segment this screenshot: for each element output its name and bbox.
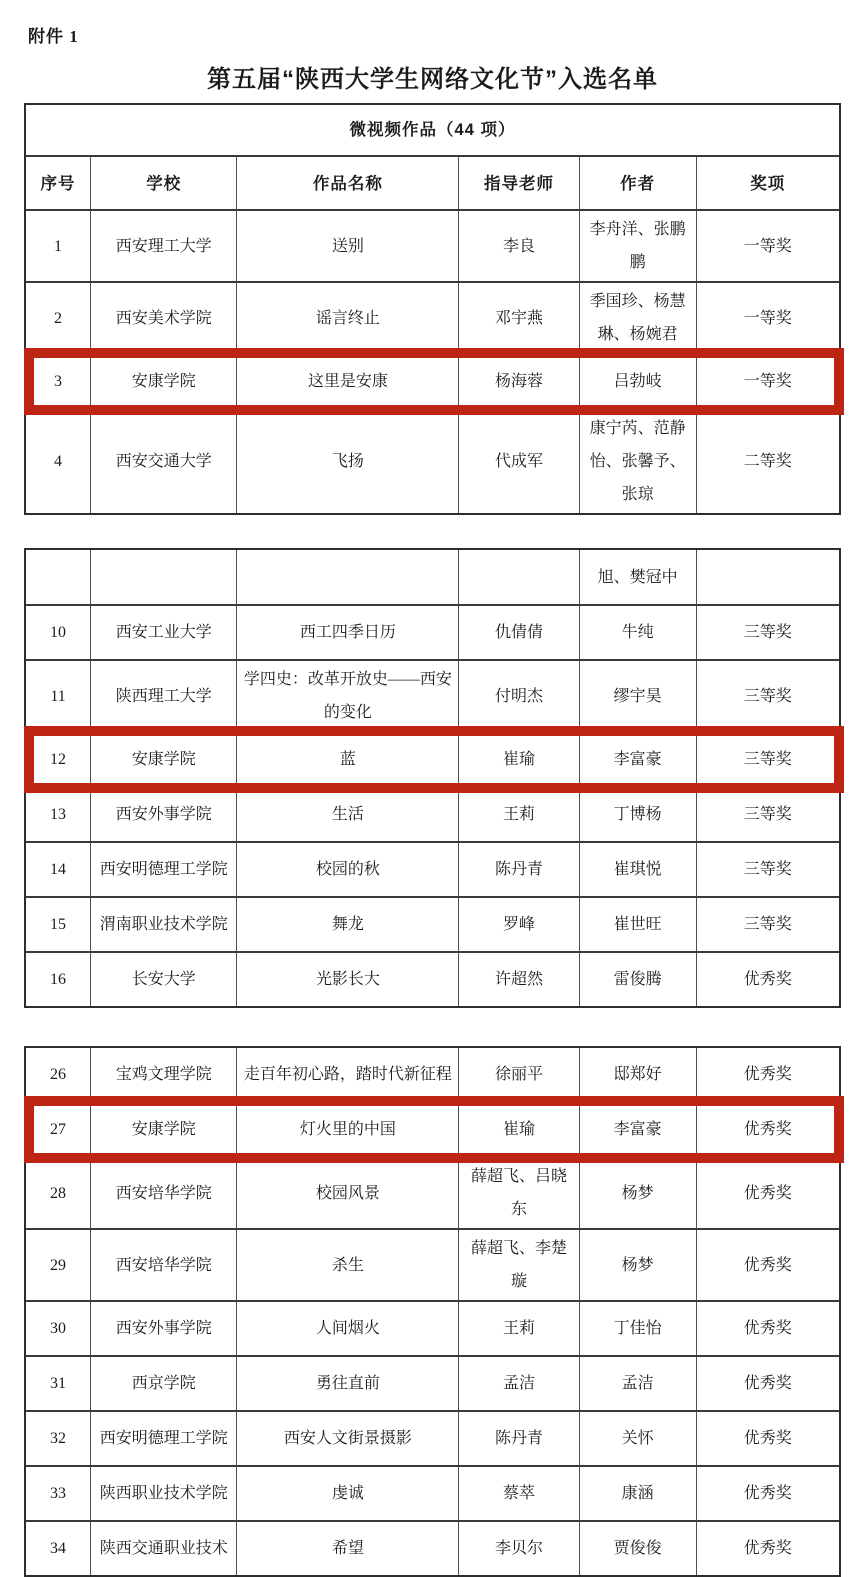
cell-school: 西安明德理工学院 [91, 1412, 237, 1465]
cell-work [237, 550, 459, 604]
table-row: 28西安培华学院校园风景薛超飞、吕晓东杨梦优秀奖 [26, 1158, 839, 1230]
cell-author: 李富豪 [580, 1103, 697, 1156]
cell-advisor: 蔡萃 [459, 1467, 579, 1520]
cell-school: 西安交通大学 [91, 410, 237, 513]
column-header-5: 奖项 [697, 157, 839, 209]
table-row: 2西安美术学院谣言终止邓宇燕季国珍、杨慧琳、杨婉君一等奖 [26, 283, 839, 355]
cell-school [91, 550, 237, 604]
cell-school: 安康学院 [91, 355, 237, 408]
cell-no: 15 [26, 898, 91, 951]
cell-advisor: 王莉 [459, 1302, 579, 1355]
cell-award: 三等奖 [697, 661, 839, 731]
cell-school: 西安工业大学 [91, 606, 237, 659]
cell-no: 3 [26, 355, 91, 408]
table-row: 31西京学院勇往直前孟洁孟洁优秀奖 [26, 1357, 839, 1412]
cell-award: 三等奖 [697, 733, 839, 786]
cell-advisor: 代成军 [459, 410, 579, 513]
cell-no: 31 [26, 1357, 91, 1410]
cell-award: 优秀奖 [697, 1357, 839, 1410]
cell-work: 飞扬 [237, 410, 459, 513]
cell-author: 旭、樊冠中 [580, 550, 697, 604]
table-body-1: 1西安理工大学送别李良李舟洋、张鹏鹏一等奖2西安美术学院谣言终止邓宇燕季国珍、杨… [26, 211, 839, 513]
cell-award: 一等奖 [697, 211, 839, 281]
table-row: 34陕西交通职业技术希望李贝尔贾俊俊优秀奖 [26, 1522, 839, 1575]
cell-award: 一等奖 [697, 283, 839, 353]
cell-advisor: 仇倩倩 [459, 606, 579, 659]
cell-work: 走百年初心路，踏时代新征程 [237, 1048, 459, 1101]
cell-work: 这里是安康 [237, 355, 459, 408]
cell-award: 优秀奖 [697, 1302, 839, 1355]
cell-no: 28 [26, 1158, 91, 1228]
cell-author: 李富豪 [580, 733, 697, 786]
table-row: 32西安明德理工学院西安人文街景摄影陈丹青关怀优秀奖 [26, 1412, 839, 1467]
cell-school: 陕西交通职业技术 [91, 1522, 237, 1575]
cell-work: 西安人文街景摄影 [237, 1412, 459, 1465]
cell-no: 13 [26, 788, 91, 841]
section-header: 微视频作品（44 项） [26, 105, 839, 155]
table-section-header-row: 微视频作品（44 项） [26, 105, 839, 157]
table-row: 29西安培华学院杀生薛超飞、李楚璇杨梦优秀奖 [26, 1230, 839, 1302]
cell-school: 西安外事学院 [91, 1302, 237, 1355]
cell-no [26, 550, 91, 604]
cell-school: 西京学院 [91, 1357, 237, 1410]
cell-no: 16 [26, 953, 91, 1006]
cell-author: 杨梦 [580, 1158, 697, 1228]
cell-school: 长安大学 [91, 953, 237, 1006]
table-row: 16长安大学光影长大许超然雷俊腾优秀奖 [26, 953, 839, 1006]
cell-work: 校园的秋 [237, 843, 459, 896]
cell-award: 一等奖 [697, 355, 839, 408]
cell-author: 邸郑好 [580, 1048, 697, 1101]
cell-work: 谣言终止 [237, 283, 459, 353]
cell-school: 陕西职业技术学院 [91, 1467, 237, 1520]
works-table-part-3: 26宝鸡文理学院走百年初心路，踏时代新征程徐丽平邸郑好优秀奖27安康学院灯火里的… [24, 1046, 841, 1577]
cell-no: 2 [26, 283, 91, 353]
column-header-1: 学校 [91, 157, 237, 209]
table-row: 14西安明德理工学院校园的秋陈丹青崔琪悦三等奖 [26, 843, 839, 898]
cell-school: 陕西理工大学 [91, 661, 237, 731]
table-row: 1西安理工大学送别李良李舟洋、张鹏鹏一等奖 [26, 211, 839, 283]
table-row: 11陕西理工大学学四史：改革开放史——西安的变化付明杰缪宇昊三等奖 [26, 661, 839, 733]
cell-work: 蓝 [237, 733, 459, 786]
cell-work: 光影长大 [237, 953, 459, 1006]
table-row: 旭、樊冠中 [26, 550, 839, 606]
table-row-highlighted: 27安康学院灯火里的中国崔瑜李富豪优秀奖 [26, 1103, 839, 1158]
cell-advisor: 邓宇燕 [459, 283, 579, 353]
cell-school: 西安美术学院 [91, 283, 237, 353]
cell-award: 三等奖 [697, 788, 839, 841]
cell-work: 生活 [237, 788, 459, 841]
cell-author: 缪宇昊 [580, 661, 697, 731]
cell-work: 舞龙 [237, 898, 459, 951]
cell-author: 李舟洋、张鹏鹏 [580, 211, 697, 281]
cell-award: 优秀奖 [697, 1103, 839, 1156]
cell-award [697, 550, 839, 604]
cell-author: 康涵 [580, 1467, 697, 1520]
table-row: 4西安交通大学飞扬代成军康宁芮、范静怡、张馨予、张琼二等奖 [26, 410, 839, 513]
cell-advisor: 薛超飞、李楚璇 [459, 1230, 579, 1300]
cell-no: 10 [26, 606, 91, 659]
cell-school: 西安培华学院 [91, 1230, 237, 1300]
cell-no: 30 [26, 1302, 91, 1355]
cell-advisor: 许超然 [459, 953, 579, 1006]
cell-work: 送别 [237, 211, 459, 281]
cell-school: 西安理工大学 [91, 211, 237, 281]
cell-advisor: 罗峰 [459, 898, 579, 951]
cell-advisor: 付明杰 [459, 661, 579, 731]
cell-author: 杨梦 [580, 1230, 697, 1300]
cell-author: 崔琪悦 [580, 843, 697, 896]
cell-no: 32 [26, 1412, 91, 1465]
cell-no: 14 [26, 843, 91, 896]
cell-award: 优秀奖 [697, 1158, 839, 1228]
cell-award: 三等奖 [697, 898, 839, 951]
cell-award: 优秀奖 [697, 1412, 839, 1465]
cell-advisor: 陈丹青 [459, 1412, 579, 1465]
column-header-2: 作品名称 [237, 157, 459, 209]
cell-no: 11 [26, 661, 91, 731]
cell-advisor: 王莉 [459, 788, 579, 841]
cell-award: 三等奖 [697, 606, 839, 659]
cell-work: 校园风景 [237, 1158, 459, 1228]
works-table-part-1: 微视频作品（44 项） 序号学校作品名称指导老师作者奖项 1西安理工大学送别李良… [24, 103, 841, 515]
cell-school: 安康学院 [91, 1103, 237, 1156]
cell-author: 康宁芮、范静怡、张馨予、张琼 [580, 410, 697, 513]
cell-no: 34 [26, 1522, 91, 1575]
cell-award: 优秀奖 [697, 953, 839, 1006]
cell-work: 学四史：改革开放史——西安的变化 [237, 661, 459, 731]
cell-school: 宝鸡文理学院 [91, 1048, 237, 1101]
cell-author: 孟洁 [580, 1357, 697, 1410]
works-table-part-2: 旭、樊冠中10西安工业大学西工四季日历仇倩倩牛纯三等奖11陕西理工大学学四史：改… [24, 548, 841, 1008]
cell-author: 崔世旺 [580, 898, 697, 951]
cell-school: 安康学院 [91, 733, 237, 786]
table-row: 33陕西职业技术学院虔诚蔡萃康涵优秀奖 [26, 1467, 839, 1522]
column-header-4: 作者 [580, 157, 697, 209]
table-row: 13西安外事学院生活王莉丁博杨三等奖 [26, 788, 839, 843]
cell-no: 29 [26, 1230, 91, 1300]
cell-advisor: 李良 [459, 211, 579, 281]
cell-author: 吕勃岐 [580, 355, 697, 408]
table-row: 15渭南职业技术学院舞龙罗峰崔世旺三等奖 [26, 898, 839, 953]
cell-work: 虔诚 [237, 1467, 459, 1520]
table-row-highlighted: 12安康学院蓝崔瑜李富豪三等奖 [26, 733, 839, 788]
cell-author: 贾俊俊 [580, 1522, 697, 1575]
column-header-0: 序号 [26, 157, 91, 209]
page-title: 第五届“陕西大学生网络文化节”入选名单 [0, 59, 865, 94]
cell-award: 二等奖 [697, 410, 839, 513]
cell-no: 4 [26, 410, 91, 513]
cell-advisor [459, 550, 579, 604]
cell-work: 希望 [237, 1522, 459, 1575]
cell-advisor: 陈丹青 [459, 843, 579, 896]
cell-award: 优秀奖 [697, 1048, 839, 1101]
cell-no: 26 [26, 1048, 91, 1101]
cell-author: 丁博杨 [580, 788, 697, 841]
cell-work: 人间烟火 [237, 1302, 459, 1355]
table-row: 30西安外事学院人间烟火王莉丁佳怡优秀奖 [26, 1302, 839, 1357]
cell-school: 西安外事学院 [91, 788, 237, 841]
cell-work: 杀生 [237, 1230, 459, 1300]
cell-author: 丁佳怡 [580, 1302, 697, 1355]
cell-advisor: 杨海蓉 [459, 355, 579, 408]
cell-no: 33 [26, 1467, 91, 1520]
table-body-2: 旭、樊冠中10西安工业大学西工四季日历仇倩倩牛纯三等奖11陕西理工大学学四史：改… [26, 550, 839, 1006]
cell-award: 优秀奖 [697, 1467, 839, 1520]
cell-author: 牛纯 [580, 606, 697, 659]
cell-advisor: 李贝尔 [459, 1522, 579, 1575]
cell-work: 灯火里的中国 [237, 1103, 459, 1156]
cell-school: 渭南职业技术学院 [91, 898, 237, 951]
table-row: 26宝鸡文理学院走百年初心路，踏时代新征程徐丽平邸郑好优秀奖 [26, 1048, 839, 1103]
document-page: 附件 1 第五届“陕西大学生网络文化节”入选名单 微视频作品（44 项） 序号学… [0, 0, 865, 1577]
column-header-row: 序号学校作品名称指导老师作者奖项 [26, 157, 839, 211]
cell-advisor: 崔瑜 [459, 1103, 579, 1156]
cell-author: 季国珍、杨慧琳、杨婉君 [580, 283, 697, 353]
cell-advisor: 徐丽平 [459, 1048, 579, 1101]
cell-award: 优秀奖 [697, 1230, 839, 1300]
table-body-3: 26宝鸡文理学院走百年初心路，踏时代新征程徐丽平邸郑好优秀奖27安康学院灯火里的… [26, 1048, 839, 1575]
cell-advisor: 崔瑜 [459, 733, 579, 786]
cell-work: 西工四季日历 [237, 606, 459, 659]
cell-advisor: 薛超飞、吕晓东 [459, 1158, 579, 1228]
cell-advisor: 孟洁 [459, 1357, 579, 1410]
cell-school: 西安培华学院 [91, 1158, 237, 1228]
cell-work: 勇往直前 [237, 1357, 459, 1410]
cell-school: 西安明德理工学院 [91, 843, 237, 896]
attachment-label: 附件 1 [28, 0, 865, 47]
cell-author: 雷俊腾 [580, 953, 697, 1006]
column-header-3: 指导老师 [459, 157, 579, 209]
table-row-highlighted: 3安康学院这里是安康杨海蓉吕勃岐一等奖 [26, 355, 839, 410]
cell-award: 优秀奖 [697, 1522, 839, 1575]
cell-no: 27 [26, 1103, 91, 1156]
cell-award: 三等奖 [697, 843, 839, 896]
cell-no: 12 [26, 733, 91, 786]
table-row: 10西安工业大学西工四季日历仇倩倩牛纯三等奖 [26, 606, 839, 661]
cell-no: 1 [26, 211, 91, 281]
cell-author: 关怀 [580, 1412, 697, 1465]
